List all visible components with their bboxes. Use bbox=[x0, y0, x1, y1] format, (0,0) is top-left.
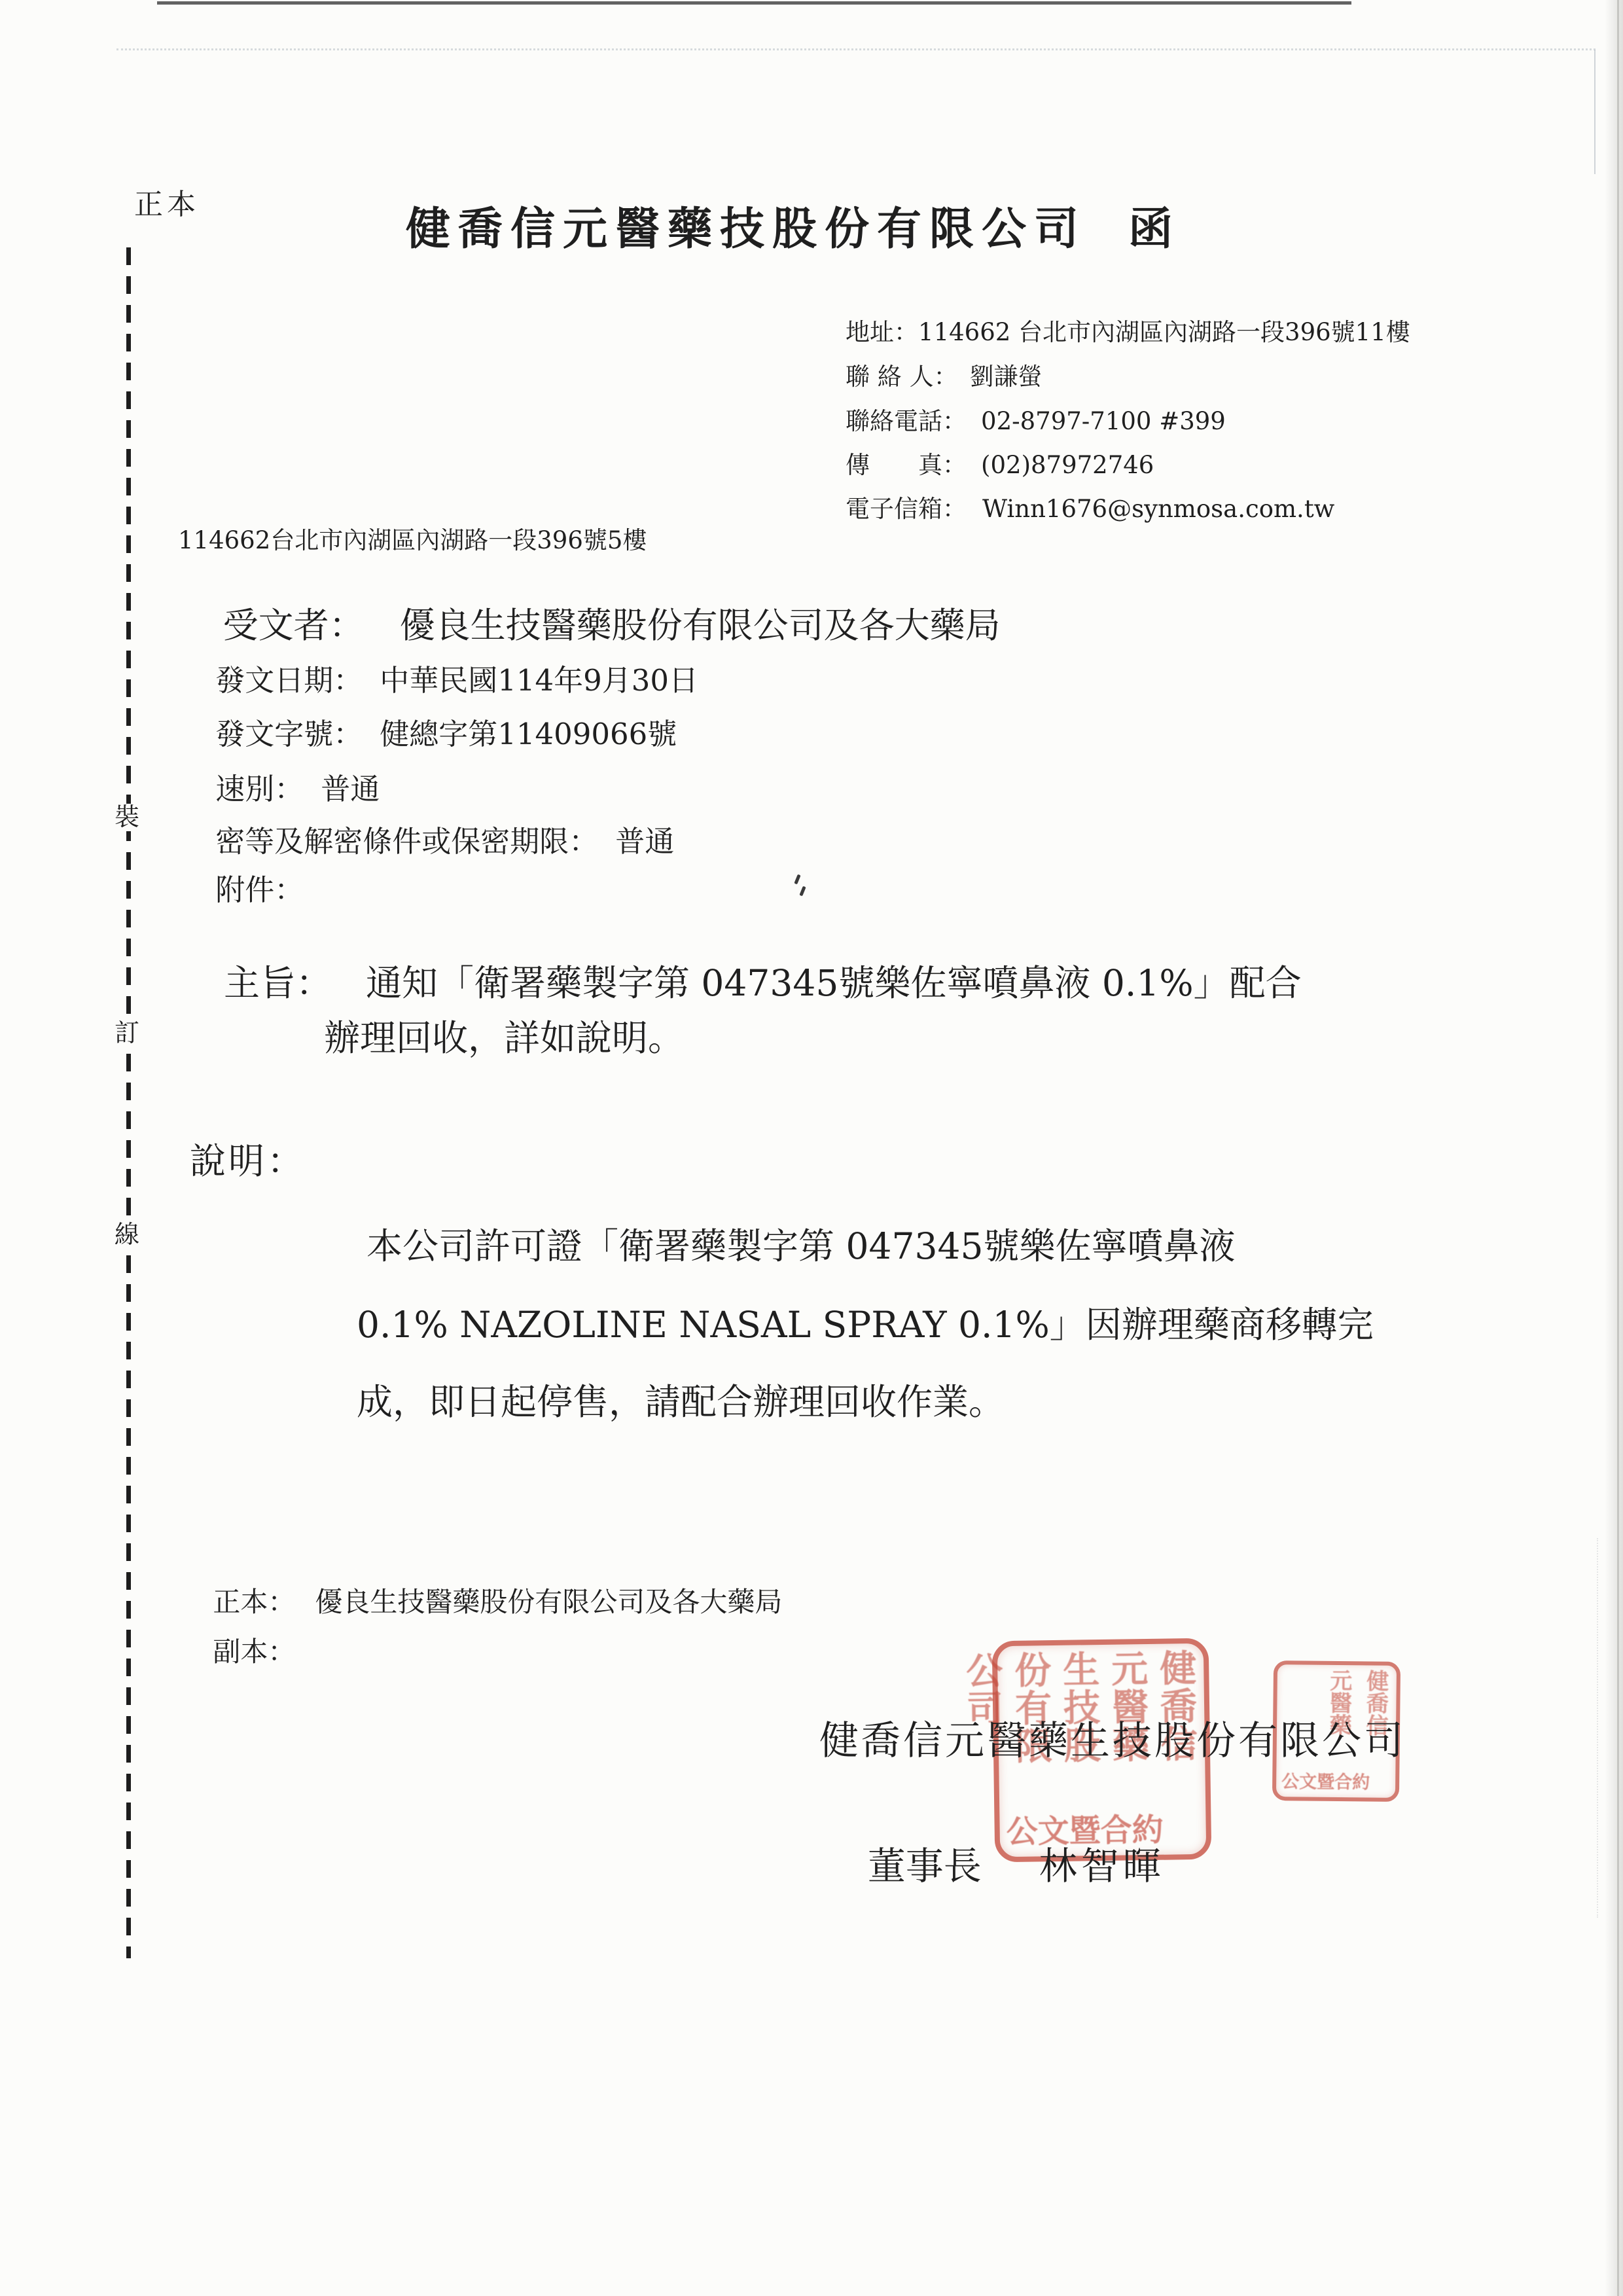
explanation-line-3: 成，即日起停售，請配合辦理回收作業。 bbox=[357, 1373, 1005, 1425]
scan-artifact-dotted-line bbox=[116, 48, 1596, 50]
document-title-type: 函 bbox=[1128, 194, 1181, 257]
company-seal-small-bottom-text: 公文暨合約 bbox=[1276, 1767, 1395, 1798]
binding-mark-xian: 線 bbox=[115, 1221, 139, 1249]
chairman-name: 林智暉 bbox=[1039, 1844, 1165, 1888]
security-value: 普通 bbox=[615, 824, 674, 859]
binding-mark-ding: 訂 bbox=[115, 1020, 139, 1047]
doc-number-value: 健總字第11409066號 bbox=[380, 717, 677, 751]
scan-speck bbox=[794, 874, 800, 885]
document-title: 健喬信元醫藥技股份有限公司 函 bbox=[406, 194, 1181, 257]
distribution-original-value: 優良生技醫藥股份有限公司及各大藥局 bbox=[315, 1586, 782, 1618]
scan-speck bbox=[799, 886, 806, 897]
distribution-copy-line: 副本： bbox=[178, 1598, 295, 1702]
sender-address: 114662台北市內湖區內湖路一段396號5樓 bbox=[178, 520, 647, 556]
title-gap bbox=[1086, 194, 1128, 257]
scan-artifact-corner-line bbox=[1594, 50, 1596, 174]
explanation-line-2: 0.1% NAZOLINE NASAL SPRAY 0.1%」因辦理藥商移轉完 bbox=[357, 1296, 1374, 1348]
explanation-line-1: 本公司許可證「衛署藥製字第 047345號樂佐寧噴鼻液 bbox=[366, 1217, 1235, 1269]
subject-label: 主旨： bbox=[224, 962, 332, 1004]
email-label: 電子信箱： bbox=[846, 495, 967, 523]
chairman-title: 董事長 bbox=[868, 1844, 982, 1888]
subject-line-2: 辦理回收，詳如說明。 bbox=[324, 1009, 684, 1061]
signature-company: 健喬信元醫藥生技股份有限公司 bbox=[819, 1710, 1406, 1766]
scan-artifact-right-shadow bbox=[1605, 0, 1623, 2296]
signature-chairman-line: 董事長林智暉 bbox=[819, 1791, 1165, 1935]
official-letter-page: 裝 訂 線 正本 健喬信元醫藥技股份有限公司 函 地址：114662 台北市內湖… bbox=[0, 0, 1623, 2296]
document-title-company: 健喬信元醫藥技股份有限公司 bbox=[406, 194, 1086, 257]
seal-bottom-caption-small: 公文暨合約 bbox=[1281, 1767, 1370, 1793]
binding-mark-zhuang: 裝 bbox=[115, 804, 139, 831]
scan-artifact-top-line bbox=[157, 1, 1351, 5]
email-value: Winn1676@synmosa.com.tw bbox=[982, 495, 1334, 523]
distribution-copy-label: 副本： bbox=[213, 1636, 295, 1668]
attachment-label: 附件： bbox=[215, 872, 304, 907]
contact-email-line: 電子信箱：Winn1676@synmosa.com.tw bbox=[815, 473, 1334, 545]
scan-artifact-dotted-vertical bbox=[1597, 1538, 1599, 1918]
scan-artifact-right-edge bbox=[1617, 0, 1619, 2296]
subject-text-1: 通知「衛署藥製字第 047345號樂佐寧噴鼻液 0.1%」配合 bbox=[366, 962, 1302, 1004]
explanation-label: 說明： bbox=[190, 1132, 306, 1184]
copy-type-label: 正本 bbox=[134, 181, 200, 223]
binding-dashed-line bbox=[126, 247, 131, 1958]
